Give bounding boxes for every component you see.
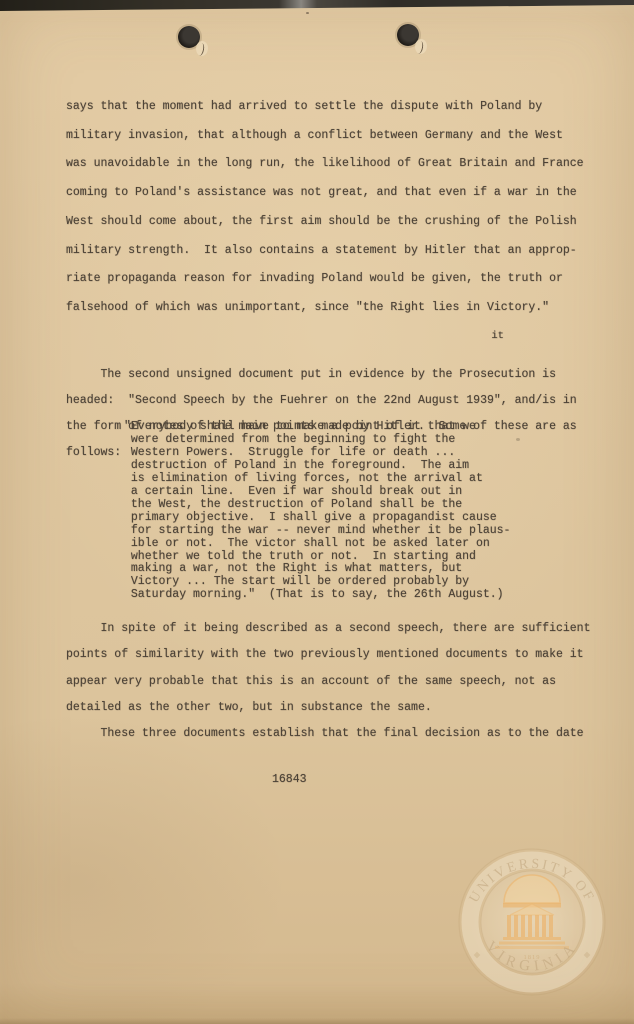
page-number: 16843 [272, 773, 307, 787]
paragraph-three-documents: These three documents establish that the… [66, 720, 584, 747]
paragraph-in-spite: In spite of it being described as a seco… [66, 616, 591, 722]
punch-hole-left [178, 26, 200, 48]
blockquote-hitler-speech-notes: "Everybody shall have to make a point of… [124, 421, 510, 602]
paragraph-continuation: says that the moment had arrived to sett… [66, 93, 584, 323]
paper-speck [516, 438, 520, 441]
paper-sheet: says that the moment had arrived to sett… [0, 0, 634, 1024]
scanned-document-page: says that the moment had arrived to sett… [0, 0, 634, 1024]
typed-insertion-above-line: it [491, 331, 504, 341]
university-of-virginia-seal-watermark: 1819 UNIVERSITY OF VIRGINIA [447, 837, 617, 1007]
punch-hole-right [397, 24, 419, 46]
paper-speck [306, 12, 309, 14]
